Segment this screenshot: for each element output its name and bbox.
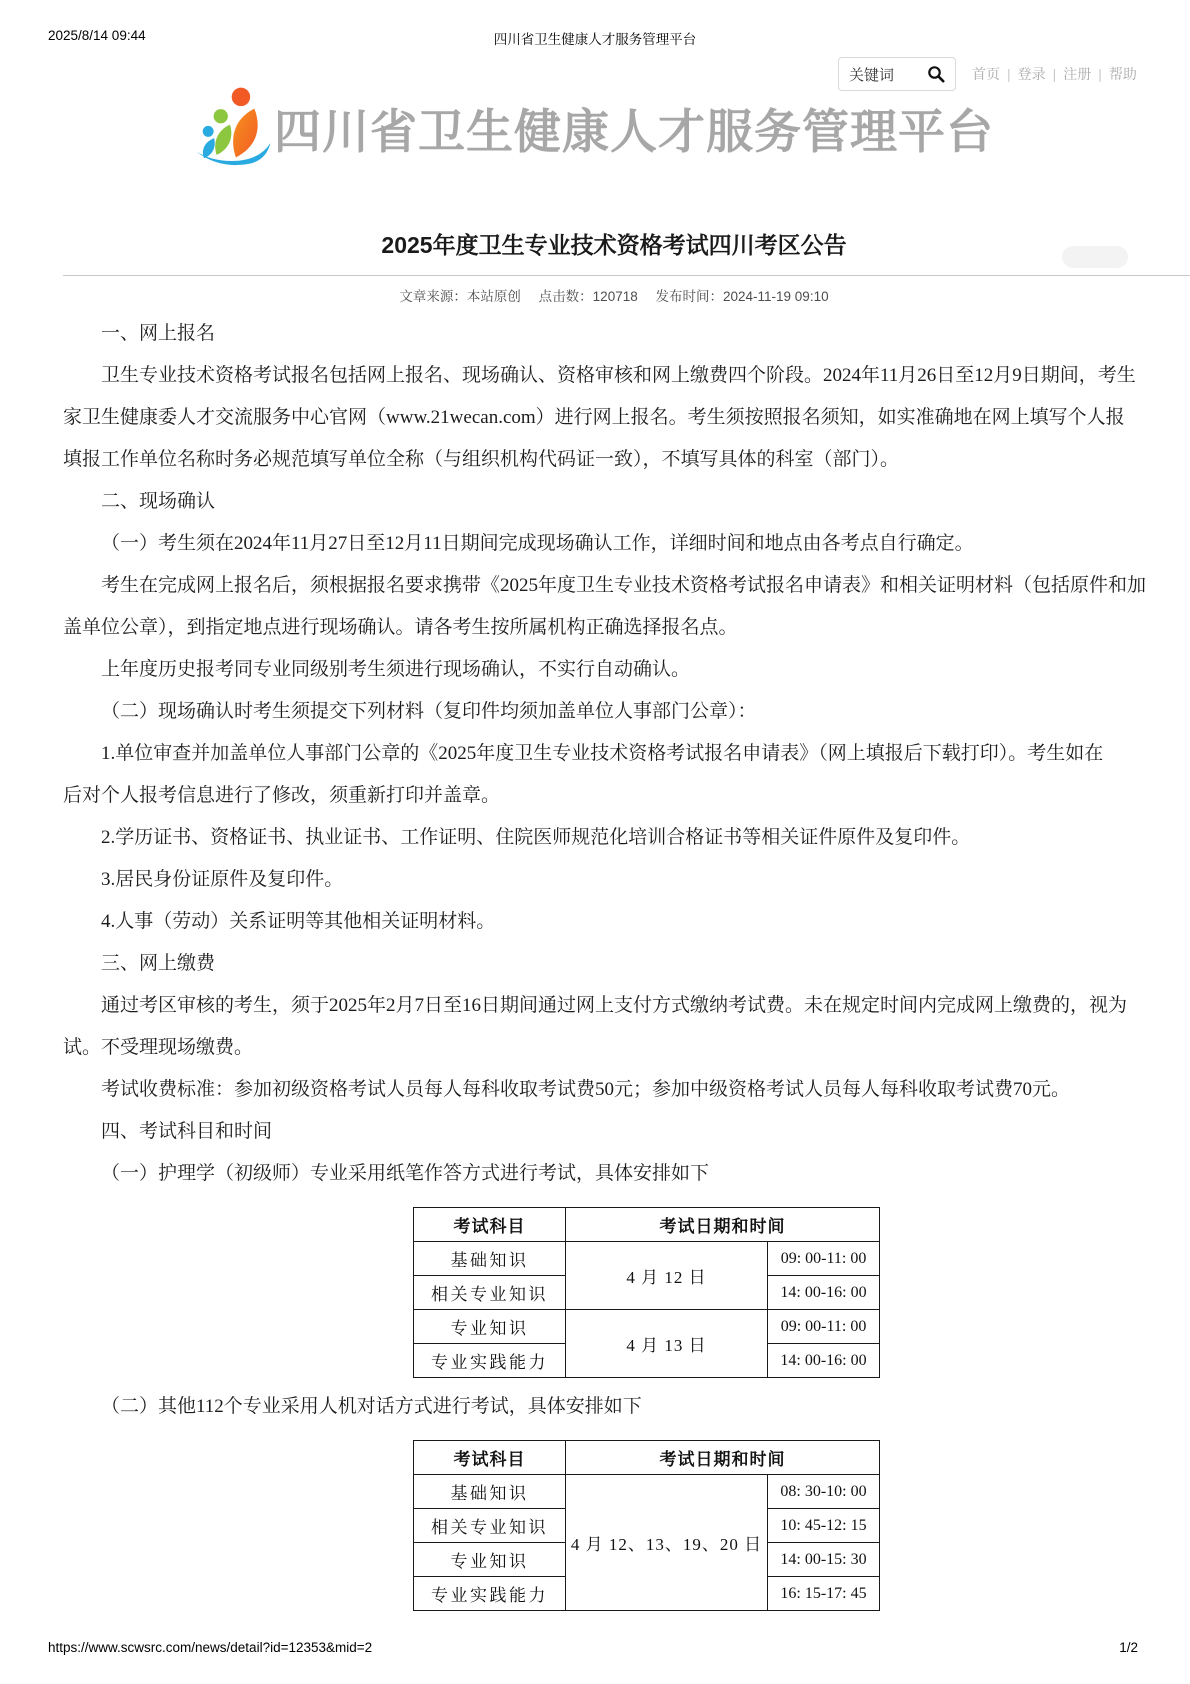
table-cell-time: 14: 00-16: 00 [768,1344,880,1378]
print-footer: https://www.scwsrc.com/news/detail?id=12… [0,1640,1190,1658]
body-line: （二）现场确认时考生须提交下列材料（复印件均须加盖单位人事部门公章）： [63,691,1165,733]
body-line: 考生在完成网上报名后，须根据报名要求携带《2025年度卫生专业技术资格考试报名申… [63,565,1165,607]
table-cell-time: 14: 00-16: 00 [768,1276,880,1310]
nav-separator: | [1098,66,1102,82]
print-page-number: 1/2 [1119,1640,1138,1655]
article-meta: 文章来源：本站原创 点击数：120718 发布时间：2024-11-19 09:… [63,285,1165,305]
table-header-subject: 考试科目 [414,1441,566,1475]
meta-source: 文章来源：本站原创 [399,289,521,304]
nav-link-register[interactable]: 注册 [1063,64,1091,84]
article-body: 一、网上报名 卫生专业技术资格考试报名包括网上报名、现场确认、资格审核和网上缴费… [63,313,1165,1611]
print-page-title: 四川省卫生健康人才服务管理平台 [0,28,1190,48]
table-cell-time: 10: 45-12: 15 [768,1509,880,1543]
table-cell-subject: 专业实践能力 [414,1344,566,1378]
body-line: 1.单位审查并加盖单位人事部门公章的《2025年度卫生专业技术资格考试报名申请表… [63,733,1165,775]
body-line: 试。不受理现场缴费。 [63,1027,1165,1069]
table-cell-subject: 专业实践能力 [414,1577,566,1611]
nav-link-help[interactable]: 帮助 [1109,64,1137,84]
body-line: 考试收费标准：参加初级资格考试人员每人每科收取考试费50元；参加中级资格考试人员… [63,1069,1165,1111]
nav-separator: | [1053,66,1057,82]
table-cell-time: 09: 00-11: 00 [768,1242,880,1276]
article-title: 2025年度卫生专业技术资格考试四川考区公告 [63,230,1165,260]
table-cell-subject: 相关专业知识 [414,1509,566,1543]
section-heading: 二、现场确认 [63,481,1165,523]
table-cell-subject: 专业知识 [414,1310,566,1344]
site-header: 四川省卫生健康人才服务管理平台 [188,84,994,172]
body-line: 卫生专业技术资格考试报名包括网上报名、现场确认、资格审核和网上缴费四个阶段。20… [63,355,1165,397]
print-header: 2025/8/14 09:44 四川省卫生健康人才服务管理平台 [0,28,1190,46]
table-cell-subject: 专业知识 [414,1543,566,1577]
body-line: 4.人事（劳动）关系证明等其他相关证明材料。 [63,901,1165,943]
body-line: 通过考区审核的考生，须于2025年2月7日至16日期间通过网上支付方式缴纳考试费… [63,985,1165,1027]
site-title: 四川省卫生健康人才服务管理平台 [274,95,994,162]
body-line: 盖单位公章），到指定地点进行现场确认。请各考生按所属机构正确选择报名点。 [63,607,1165,649]
table-header-subject: 考试科目 [414,1208,566,1242]
body-line: 填报工作单位名称时务必规范填写单位全称（与组织机构代码证一致），不填写具体的科室… [63,439,1165,481]
body-line: （一）护理学（初级师）专业采用纸笔作答方式进行考试，具体安排如下 [63,1153,1165,1195]
body-line: 上年度历史报考同专业同级别考生须进行现场确认，不实行自动确认。 [63,649,1165,691]
table-cell-time: 14: 00-15: 30 [768,1543,880,1577]
body-line: 家卫生健康委人才交流服务中心官网（www.21wecan.com）进行网上报名。… [63,397,1165,439]
exam-schedule-table-1: 考试科目 考试日期和时间 基础知识 4 月 12 日 09: 00-11: 00… [413,1207,880,1378]
search-icon[interactable] [927,65,945,83]
nav-separator: | [1007,66,1011,82]
table-cell-date: 4 月 12、13、19、20 日 [566,1475,768,1611]
table-cell-date: 4 月 12 日 [566,1242,768,1310]
table-cell-date: 4 月 13 日 [566,1310,768,1378]
table-cell-time: 16: 15-17: 45 [768,1577,880,1611]
print-url: https://www.scwsrc.com/news/detail?id=12… [48,1640,372,1655]
table-cell-time: 09: 00-11: 00 [768,1310,880,1344]
article: 2025年度卫生专业技术资格考试四川考区公告 文章来源：本站原创 点击数：120… [63,230,1165,1619]
body-line: 后对个人报考信息进行了修改，须重新打印并盖章。 [63,775,1165,817]
meta-published: 发布时间：2024-11-19 09:10 [656,289,829,304]
table-cell-subject: 基础知识 [414,1475,566,1509]
search-placeholder: 关键词 [849,64,894,85]
body-line: （二）其他112个专业采用人机对话方式进行考试，具体安排如下 [63,1386,1165,1428]
body-line: 2.学历证书、资格证书、执业证书、工作证明、住院医师规范化培训合格证书等相关证件… [63,817,1165,859]
nav-link-login[interactable]: 登录 [1018,64,1046,84]
nav-link-home[interactable]: 首页 [972,64,1000,84]
title-divider [63,275,1190,276]
table-header-datetime: 考试日期和时间 [566,1441,880,1475]
top-nav: 首页 | 登录 | 注册 | 帮助 [972,64,1137,84]
body-line: （一）考生须在2024年11月27日至12月11日期间完成现场确认工作，详细时间… [63,523,1165,565]
table-cell-subject: 相关专业知识 [414,1276,566,1310]
table-cell-subject: 基础知识 [414,1242,566,1276]
meta-hits: 点击数：120718 [539,289,638,304]
body-line: 3.居民身份证原件及复印件。 [63,859,1165,901]
section-heading: 四、考试科目和时间 [63,1111,1165,1153]
exam-schedule-table-2: 考试科目 考试日期和时间 基础知识 4 月 12、13、19、20 日 08: … [413,1440,880,1611]
table-header-datetime: 考试日期和时间 [566,1208,880,1242]
table-cell-time: 08: 30-10: 00 [768,1475,880,1509]
section-heading: 一、网上报名 [63,313,1165,355]
site-logo-icon[interactable] [188,84,272,172]
section-heading: 三、网上缴费 [63,943,1165,985]
